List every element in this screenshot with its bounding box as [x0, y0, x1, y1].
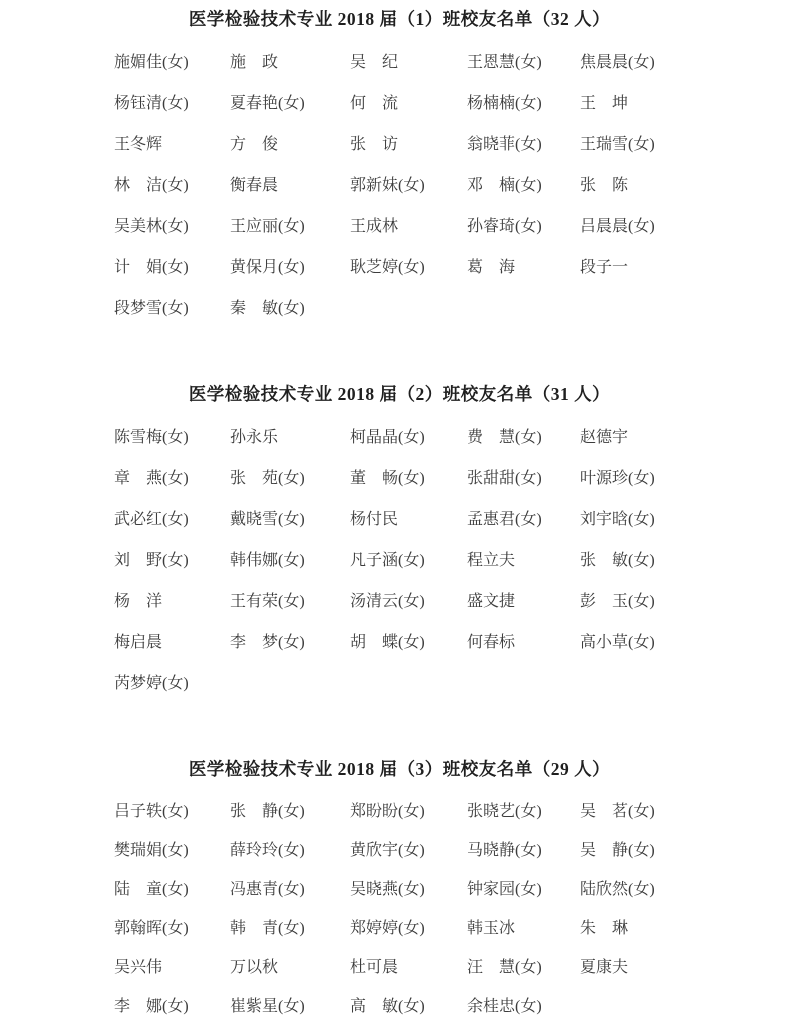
alumni-name: 崔紫星(女): [230, 997, 350, 1017]
alumni-name: 林 洁(女): [114, 176, 230, 196]
alumni-name: 高 敏(女): [350, 997, 467, 1017]
alumni-name: 朱 琳: [580, 919, 692, 939]
alumni-name: 赵德宇: [580, 428, 692, 448]
name-row: 芮梦婷(女): [114, 663, 709, 704]
alumni-name: 施媚佳(女): [114, 53, 230, 73]
name-row: 吴美林(女)王应丽(女)王成林孙睿琦(女)吕晨晨(女): [114, 206, 709, 247]
alumni-name: 翁晓菲(女): [467, 135, 580, 155]
name-row: 樊瑞娟(女)薛玲玲(女)黄欣宇(女)马晓静(女)吴 静(女): [114, 831, 709, 870]
alumni-name: 段子一: [580, 258, 692, 278]
alumni-name: 胡 蝶(女): [350, 633, 467, 653]
name-row: 陈雪梅(女)孙永乐柯晶晶(女)费 慧(女)赵德宇: [114, 417, 709, 458]
roster-name-rows: 陈雪梅(女)孙永乐柯晶晶(女)费 慧(女)赵德宇章 燕(女)张 苑(女)董 畅(…: [0, 417, 799, 704]
alumni-name: 郑盼盼(女): [350, 802, 467, 822]
alumni-name: 张 陈: [580, 176, 692, 196]
alumni-name: 杨 洋: [114, 592, 230, 612]
alumni-name: 衡春晨: [230, 176, 350, 196]
alumni-name: 刘 野(女): [114, 551, 230, 571]
alumni-name: 段梦雪(女): [114, 299, 230, 319]
alumni-name: 郭翰晖(女): [114, 919, 230, 939]
alumni-name: 韩 青(女): [230, 919, 350, 939]
name-row: 杨钰清(女)夏春艳(女)何 流杨楠楠(女)王 坤: [114, 83, 709, 124]
alumni-name: 王瑞雪(女): [580, 135, 692, 155]
alumni-name: 韩玉冰: [467, 919, 580, 939]
alumni-name: 计 娟(女): [114, 258, 230, 278]
alumni-name: 王成林: [350, 217, 467, 237]
alumni-name: 冯惠青(女): [230, 880, 350, 900]
alumni-name: 郭新妹(女): [350, 176, 467, 196]
alumni-name: 张晓艺(女): [467, 802, 580, 822]
roster-name-rows: 吕子轶(女)张 静(女)郑盼盼(女)张晓艺(女)吴 茗(女)樊瑞娟(女)薛玲玲(…: [0, 792, 799, 1026]
alumni-name: 李 梦(女): [230, 633, 350, 653]
alumni-name: 郑婷婷(女): [350, 919, 467, 939]
alumni-name: 樊瑞娟(女): [114, 841, 230, 861]
alumni-name: 王 坤: [580, 94, 692, 114]
name-row: 杨 洋王有荣(女)汤清云(女)盛文捷彭 玉(女): [114, 581, 709, 622]
alumni-name: 刘宇晗(女): [580, 510, 692, 530]
alumni-name: 万以秋: [230, 958, 350, 978]
alumni-name: 叶源珍(女): [580, 469, 692, 489]
alumni-name: 张 访: [350, 135, 467, 155]
alumni-name: 芮梦婷(女): [114, 674, 230, 694]
name-row: 梅启晨李 梦(女)胡 蝶(女)何春标高小草(女): [114, 622, 709, 663]
alumni-name: 王冬辉: [114, 135, 230, 155]
alumni-name: 黄保月(女): [230, 258, 350, 278]
alumni-name: 费 慧(女): [467, 428, 580, 448]
name-row: 李 娜(女)崔紫星(女)高 敏(女)余桂忠(女): [114, 987, 709, 1026]
class-roster-section: 医学检验技术专业 2018 届（1）班校友名单（32 人） 施媚佳(女)施 政吴…: [0, 6, 799, 329]
name-row: 段梦雪(女)秦 敏(女): [114, 288, 709, 329]
document-page: 医学检验技术专业 2018 届（1）班校友名单（32 人） 施媚佳(女)施 政吴…: [0, 0, 799, 1034]
alumni-name: 凡子涵(女): [350, 551, 467, 571]
alumni-name: 杨楠楠(女): [467, 94, 580, 114]
name-row: 计 娟(女)黄保月(女)耿芝婷(女)葛 海段子一: [114, 247, 709, 288]
alumni-name: 陈雪梅(女): [114, 428, 230, 448]
class-roster-section: 医学检验技术专业 2018 届（3）班校友名单（29 人） 吕子轶(女)张 静(…: [0, 756, 799, 1026]
alumni-name: 孙永乐: [230, 428, 350, 448]
alumni-name: 施 政: [230, 53, 350, 73]
alumni-name: 吴美林(女): [114, 217, 230, 237]
alumni-name: 戴晓雪(女): [230, 510, 350, 530]
alumni-name: 张 静(女): [230, 802, 350, 822]
alumni-name: 吴晓燕(女): [350, 880, 467, 900]
alumni-name: 韩伟娜(女): [230, 551, 350, 571]
roster-title: 医学检验技术专业 2018 届（1）班校友名单（32 人）: [0, 6, 799, 32]
name-row: 郭翰晖(女)韩 青(女)郑婷婷(女)韩玉冰朱 琳: [114, 909, 709, 948]
alumni-name: 汤清云(女): [350, 592, 467, 612]
alumni-name: 邓 楠(女): [467, 176, 580, 196]
alumni-name: 王恩慧(女): [467, 53, 580, 73]
name-row: 吴兴伟万以秋杜可晨汪 慧(女)夏康夫: [114, 948, 709, 987]
alumni-name: 焦晨晨(女): [580, 53, 692, 73]
alumni-name: 张甜甜(女): [467, 469, 580, 489]
alumni-name: 章 燕(女): [114, 469, 230, 489]
alumni-name: 盛文捷: [467, 592, 580, 612]
alumni-name: 钟家园(女): [467, 880, 580, 900]
alumni-name: 程立夫: [467, 551, 580, 571]
alumni-name: 陆欣然(女): [580, 880, 692, 900]
alumni-name: 葛 海: [467, 258, 580, 278]
alumni-name: 王有荣(女): [230, 592, 350, 612]
alumni-name: 吴兴伟: [114, 958, 230, 978]
alumni-name: 高小草(女): [580, 633, 692, 653]
alumni-name: 耿芝婷(女): [350, 258, 467, 278]
alumni-name: 陆 童(女): [114, 880, 230, 900]
alumni-name: 王应丽(女): [230, 217, 350, 237]
alumni-name: 余桂忠(女): [467, 997, 580, 1017]
alumni-name: 汪 慧(女): [467, 958, 580, 978]
alumni-name: 李 娜(女): [114, 997, 230, 1017]
alumni-name: 孙睿琦(女): [467, 217, 580, 237]
alumni-name: 方 俊: [230, 135, 350, 155]
alumni-name: 吴 茗(女): [580, 802, 692, 822]
alumni-name: 杨付民: [350, 510, 467, 530]
name-row: 林 洁(女)衡春晨郭新妹(女)邓 楠(女)张 陈: [114, 165, 709, 206]
alumni-name: 董 畅(女): [350, 469, 467, 489]
roster-title: 医学检验技术专业 2018 届（2）班校友名单（31 人）: [0, 381, 799, 407]
name-row: 章 燕(女)张 苑(女)董 畅(女)张甜甜(女)叶源珍(女): [114, 458, 709, 499]
alumni-name: 吕子轶(女): [114, 802, 230, 822]
alumni-name: 张 敏(女): [580, 551, 692, 571]
name-row: 吕子轶(女)张 静(女)郑盼盼(女)张晓艺(女)吴 茗(女): [114, 792, 709, 831]
alumni-name: 夏春艳(女): [230, 94, 350, 114]
roster-title: 医学检验技术专业 2018 届（3）班校友名单（29 人）: [0, 756, 799, 782]
name-row: 刘 野(女)韩伟娜(女)凡子涵(女)程立夫张 敏(女): [114, 540, 709, 581]
alumni-name: 彭 玉(女): [580, 592, 692, 612]
name-row: 王冬辉方 俊张 访翁晓菲(女)王瑞雪(女): [114, 124, 709, 165]
alumni-name: 张 苑(女): [230, 469, 350, 489]
alumni-name: 孟惠君(女): [467, 510, 580, 530]
class-roster-section: 医学检验技术专业 2018 届（2）班校友名单（31 人） 陈雪梅(女)孙永乐柯…: [0, 381, 799, 704]
alumni-name: 夏康夫: [580, 958, 692, 978]
alumni-name: 吴 纪: [350, 53, 467, 73]
name-row: 施媚佳(女)施 政吴 纪王恩慧(女)焦晨晨(女): [114, 42, 709, 83]
alumni-name: 杜可晨: [350, 958, 467, 978]
alumni-name: 梅启晨: [114, 633, 230, 653]
alumni-name: 何 流: [350, 94, 467, 114]
alumni-name: 薛玲玲(女): [230, 841, 350, 861]
name-row: 武必红(女)戴晓雪(女)杨付民孟惠君(女)刘宇晗(女): [114, 499, 709, 540]
roster-name-rows: 施媚佳(女)施 政吴 纪王恩慧(女)焦晨晨(女)杨钰清(女)夏春艳(女)何 流杨…: [0, 42, 799, 329]
alumni-name: 柯晶晶(女): [350, 428, 467, 448]
alumni-name: 马晓静(女): [467, 841, 580, 861]
alumni-name: 武必红(女): [114, 510, 230, 530]
name-row: 陆 童(女)冯惠青(女)吴晓燕(女)钟家园(女)陆欣然(女): [114, 870, 709, 909]
alumni-name: 吕晨晨(女): [580, 217, 692, 237]
alumni-name: 黄欣宇(女): [350, 841, 467, 861]
alumni-name: 吴 静(女): [580, 841, 692, 861]
alumni-name: 秦 敏(女): [230, 299, 350, 319]
alumni-name: 何春标: [467, 633, 580, 653]
alumni-name: 杨钰清(女): [114, 94, 230, 114]
